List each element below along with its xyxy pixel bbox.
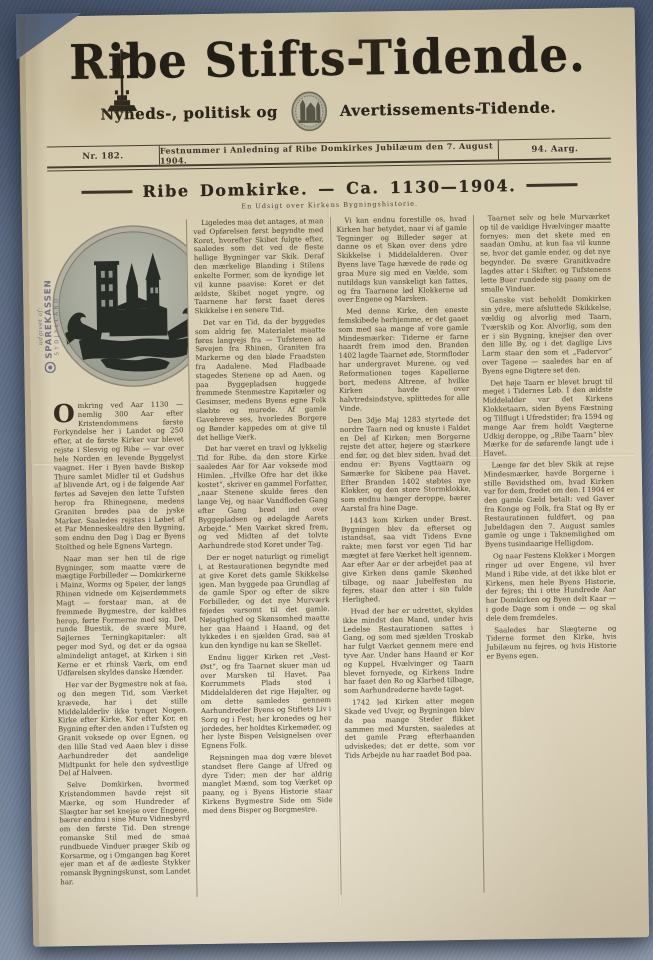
column-1: Omkring ved Aar 1130 — nemlig 300 Aar ef… [44,219,198,899]
article-paragraph: Den 3dje Maj 1283 styrtede det nordre Ta… [340,415,472,514]
article-paragraph: Det har været en travl og lykkelig Tid f… [197,443,329,551]
column-2: Ligeledes maa det antages, at man ved Op… [187,217,341,897]
article-paragraph: Længe før det blev Skik at rejse Mindesm… [484,460,616,550]
article-paragraph: Ligeledes maa det antages, at man ved Op… [193,217,325,316]
article-paragraph: Det høje Taarn er blevet brugt til meget… [482,377,613,458]
plate-illustration [50,223,198,394]
subtitle-right: Avertissements-Tidende. [340,98,557,119]
volume-number: 94. Aarg. [499,139,611,160]
article-paragraph: Taarnet selv og hele Murværket op til de… [480,213,611,294]
article-paragraph: Det var en Tid, da der byggedes som aldr… [195,317,327,442]
sparekassen-logo-icon [45,362,56,373]
city-seal-icon [290,90,329,133]
article-paragraph: Vi kan endnu forestille os, hvad Kirken … [336,215,468,305]
article-paragraph: Med denne Kirke, den eneste femskibede h… [338,306,470,414]
ribe-cathedral-plate-icon [50,223,198,390]
article-paragraph: 1443 kom Kirken under Brøst. Bygningen b… [341,515,473,605]
article-paragraph: Rejsningen maa dog være blevet standset … [202,752,333,816]
article-paragraph: Naar man ser hen til de rige Bygninger, … [55,553,187,678]
photo-background: { "masthead": { "title": "Ribe Stifts-Ti… [0,0,653,960]
article-paragraph: 1742 led Kirken atter megen Skade ved Uv… [344,697,475,761]
article-paragraph: Endnu ligger Kirken ret „Vest-Øst“, og f… [200,652,332,751]
article-paragraph: Der er noget naturligt og rimeligt i, at… [198,552,330,651]
article-paragraph: Selve Domkirken, hvormed Kristendommen h… [59,779,191,887]
article-paragraph: Ganske vist beholdt Domkirken sin ydre, … [481,295,612,376]
article-columns: Omkring ved Aar 1130 — nemlig 300 Aar ef… [44,213,627,900]
newspaper-front-page: udgivet af: SPAREKASSEN SYDJYLLAND Ribe … [19,7,650,947]
article-headline: Ribe Domkirke. — Ca. 1130—1904. [142,176,516,201]
issue-number: Nr. 182. [47,146,159,167]
article-paragraph: Hvad der her er udrettet, skyldes ikke m… [343,606,475,696]
article-paragraph: Omkring ved Aar 1130 — nemlig 300 Aar ef… [53,400,186,552]
article-paragraph: Og naar Festens Klokker i Morgen ringer … [485,551,616,624]
ownership-stamp: udgivet af: SPAREKASSEN SYDJYLLAND [37,264,62,388]
article-paragraph: Her var der Bygmestre nok at faa, og den… [57,680,189,779]
headline-rule-left [81,190,132,194]
headline-rule-right [526,183,577,187]
article-paragraph: Saaledes har Slægterne og Tiderne formet… [486,624,617,661]
column-3: Vi kan endnu forestille os, hvad Kirken … [330,215,484,895]
column-4: Taarnet selv og hele Murværket op til de… [474,213,627,893]
newspaper-title: Ribe Stifts-Tidende. [49,30,606,86]
